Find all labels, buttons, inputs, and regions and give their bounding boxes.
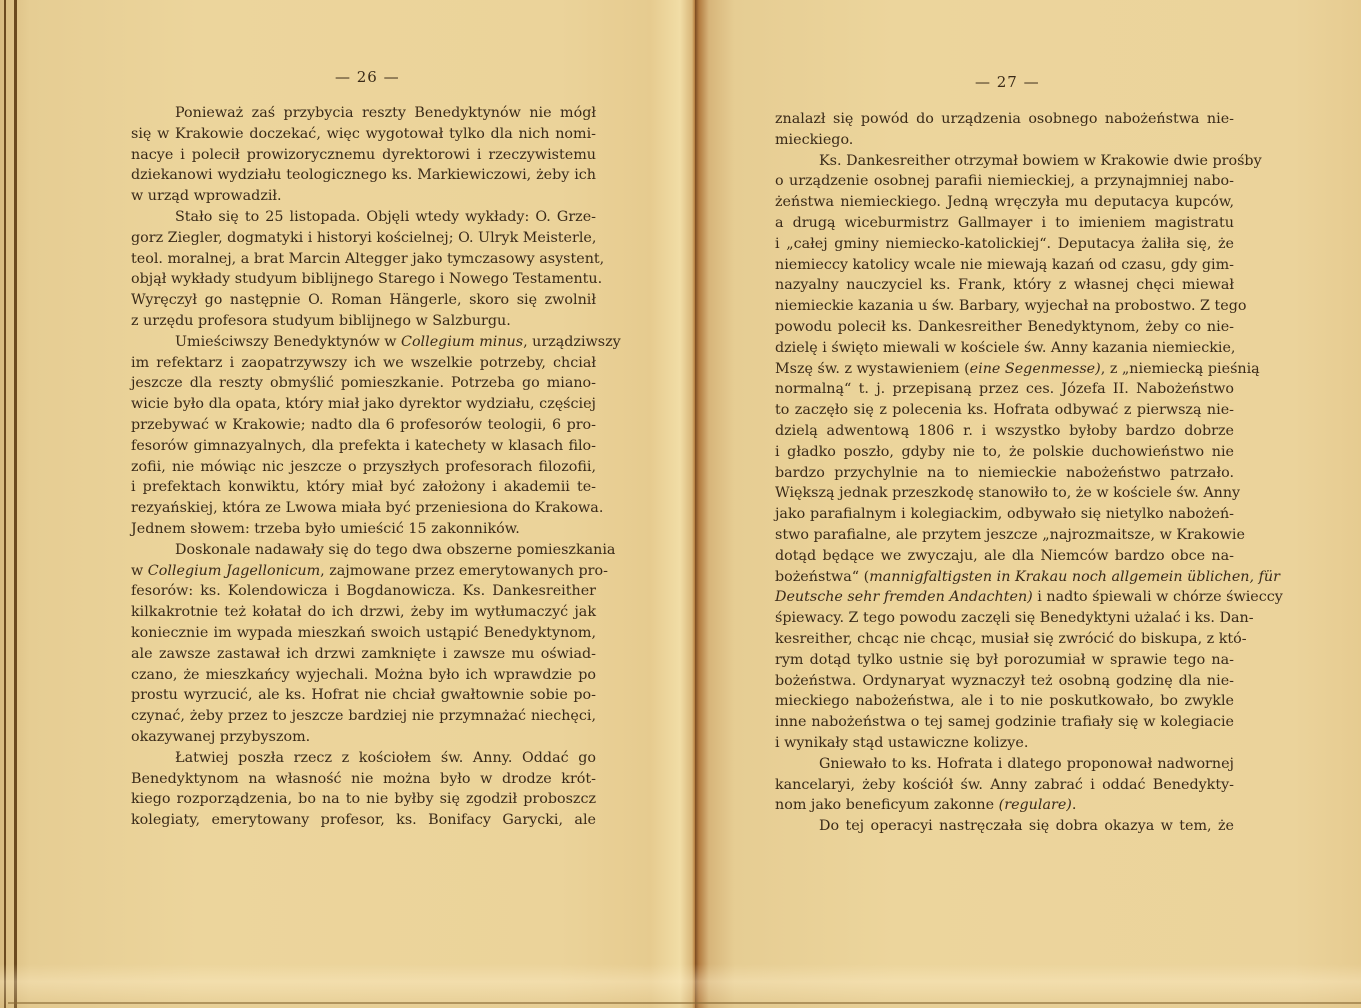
text-line: stwo parafialne, ale przytem jeszcze „na… xyxy=(775,525,1234,546)
text-line: rym dotąd tylko ustnie się był porozumia… xyxy=(775,650,1234,671)
text-line: Jednem słowem: trzeba było umieścić 15 z… xyxy=(131,519,596,540)
text-line: nacye i polecił prowizorycznemu dyrektor… xyxy=(131,145,596,166)
text-line: o urządzenie osobnej parafii niemieckiej… xyxy=(775,171,1234,192)
text-line: powodu polecił ks. Dankesreither Benedyk… xyxy=(775,317,1234,338)
text-line: niemieccy katolicy wcale nie miewają kaz… xyxy=(775,255,1234,276)
text-line: dziekanowi wydziału teologicznego ks. Ma… xyxy=(131,165,596,186)
text-line: w Collegium Jagellonicum, zajmowane prze… xyxy=(131,561,596,582)
text-line: Gniewało to ks. Hofrata i dlatego propon… xyxy=(775,754,1234,775)
text-line: nom jako beneficyum zakonne (regulare). xyxy=(775,795,1234,816)
page-text: Ponieważ zaś przybycia reszty Benedyktyn… xyxy=(131,103,596,831)
text-line: Łatwiej poszła rzecz z kościołem św. Ann… xyxy=(131,748,596,769)
text-line: fesorów gimnazyalnych, dla prefekta i ka… xyxy=(131,436,596,457)
text-line: rezyańskiej, która ze Lwowa miała być pr… xyxy=(131,498,596,519)
text-line: jeszcze dla reszty obmyślić pomieszkanie… xyxy=(131,373,596,394)
text-line: żeństwa niemieckiego. Jedną wręczyła mu … xyxy=(775,192,1234,213)
text-line: inne nabożeństwa o tej samej godzinie tr… xyxy=(775,712,1234,733)
text-line: i prefektach konwiktu, który miał być za… xyxy=(131,477,596,498)
text-line: z urzędu profesora studyum biblijnego w … xyxy=(131,311,596,332)
text-line: mieckiego. xyxy=(775,130,1234,151)
text-line: gorz Ziegler, dogmatyki i historyi kości… xyxy=(131,228,596,249)
text-line: nazyalny nauczyciel ks. Frank, który z w… xyxy=(775,275,1234,296)
page-edge-line xyxy=(14,0,17,1008)
text-line: Doskonale nadawały się do tego dwa obsze… xyxy=(131,540,596,561)
text-line: czano, że mieszkańcy wyjechali. Można by… xyxy=(131,665,596,686)
text-line: dzielą adwentową 1806 r. i wszystko było… xyxy=(775,421,1234,442)
text-line: i „całej gminy niemiecko-katolickiej“. D… xyxy=(775,234,1234,255)
text-line: kesreither, chcąc nie chcąc, musiał się … xyxy=(775,629,1234,650)
text-line: kancelaryi, żeby kościół św. Anny zabrać… xyxy=(775,775,1234,796)
text-line: kiego rozporządzenia, bo na to nie byłby… xyxy=(131,789,596,810)
text-line: czynać, żeby przez to jeszcze bardziej n… xyxy=(131,706,596,727)
text-line: koniecznie im wypada mieszkań swoich ust… xyxy=(131,623,596,644)
text-line: im refektarz i zaopatrzywszy ich we wsze… xyxy=(131,353,596,374)
text-line: bardzo przychylnie na to niemieckie nabo… xyxy=(775,463,1234,484)
text-line: bożeństwa. Ordynaryat wyznaczył też osob… xyxy=(775,671,1234,692)
text-line: Wyręczył go następnie O. Roman Hängerle,… xyxy=(131,290,596,311)
text-line: kilkakrotnie też kołatał do ich drzwi, ż… xyxy=(131,602,596,623)
text-line: Mszę św. z wystawieniem (eine Segenmesse… xyxy=(775,359,1234,380)
page-number: — 26 — xyxy=(335,68,400,86)
text-line: normalną“ t. j. przepisaną przez ces. Jó… xyxy=(775,379,1234,400)
text-line: kolegiaty, emerytowany profesor, ks. Bon… xyxy=(131,810,596,831)
text-line: śpiewacy. Z tego powodu zaczęli się Bene… xyxy=(775,608,1234,629)
text-line: i wynikały stąd ustawiczne kolizye. xyxy=(775,733,1234,754)
text-line: okazywanej przybyszom. xyxy=(131,727,596,748)
text-line: Ks. Dankesreither otrzymał bowiem w Krak… xyxy=(775,151,1234,172)
text-line: Większą jednak przeszkodę stanowiło to, … xyxy=(775,483,1234,504)
text-line: mieckiego nabożeństwa, ale i to nie posk… xyxy=(775,691,1234,712)
text-line: fesorów: ks. Kolendowicza i Bogdanowicza… xyxy=(131,581,596,602)
book-spread: — 26 — Ponieważ zaś przybycia reszty Ben… xyxy=(0,0,1361,1008)
text-line: objął wykłady studyum biblijnego Starego… xyxy=(131,269,596,290)
page-bottom-edge xyxy=(8,1002,1361,1004)
text-line: Do tej operacyi nastręczała się dobra ok… xyxy=(775,816,1234,837)
page-number: — 27 — xyxy=(975,73,1040,91)
text-line: dotąd będące we zwyczaju, ale dla Niemcó… xyxy=(775,546,1234,567)
right-page: — 27 — znalazł się powód do urządzenia o… xyxy=(695,0,1361,1008)
text-line: przebywać w Krakowie; nadto dla 6 profes… xyxy=(131,415,596,436)
text-line: ale zawsze zastawał ich drzwi zamknięte … xyxy=(131,644,596,665)
text-line: Umieściwszy Benedyktynów w Collegium min… xyxy=(131,332,596,353)
text-line: znalazł się powód do urządzenia osobnego… xyxy=(775,109,1234,130)
text-line: to zaczęło się z polecenia ks. Hofrata o… xyxy=(775,400,1234,421)
text-line: dzielę i święto miewali w kościele św. A… xyxy=(775,338,1234,359)
text-line: Benedyktynom na własność nie można było … xyxy=(131,769,596,790)
text-line: Ponieważ zaś przybycia reszty Benedyktyn… xyxy=(131,103,596,124)
text-line: bożeństwa“ (mannigfaltigsten in Krakau n… xyxy=(775,567,1234,588)
text-line: Deutsche sehr fremden Andachten) i nadto… xyxy=(775,587,1234,608)
text-line: wicie było dla opata, który miał jako dy… xyxy=(131,394,596,415)
text-line: zofii, nie mówiąc nic jeszcze o przyszły… xyxy=(131,457,596,478)
page-edge-line xyxy=(4,0,6,1008)
text-line: niemieckie kazania u św. Barbary, wyjech… xyxy=(775,296,1234,317)
text-line: w urząd wprowadził. xyxy=(131,186,596,207)
page-text: znalazł się powód do urządzenia osobnego… xyxy=(775,109,1234,837)
left-page: — 26 — Ponieważ zaś przybycia reszty Ben… xyxy=(0,0,695,1008)
text-line: a drugą wiceburmistrz Gallmayer i to imi… xyxy=(775,213,1234,234)
text-line: prostu wyrzucić, ale ks. Hofrat nie chci… xyxy=(131,685,596,706)
text-line: teol. moralnej, a brat Marcin Altegger j… xyxy=(131,249,596,270)
text-line: Stało się to 25 listopada. Objęli wtedy … xyxy=(131,207,596,228)
text-line: się w Krakowie doczekać, więc wygotował … xyxy=(131,124,596,145)
text-line: jako parafialnym i kolegiackim, odbywało… xyxy=(775,504,1234,525)
text-line: i gładko poszło, gdyby nie to, że polski… xyxy=(775,442,1234,463)
